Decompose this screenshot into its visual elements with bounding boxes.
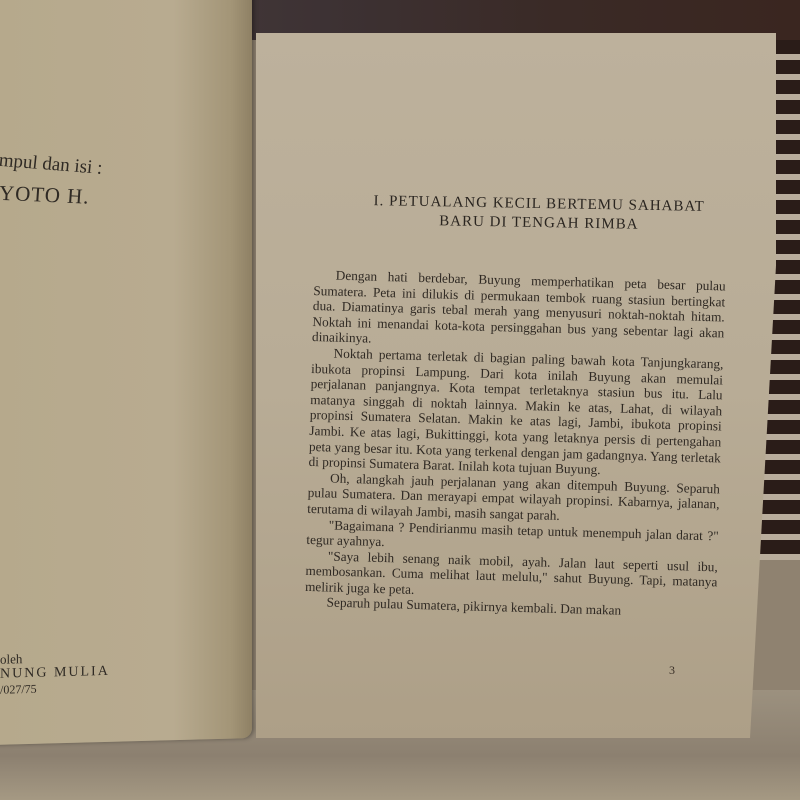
paragraph: Noktah pertama terletak di bagian paling… bbox=[308, 345, 723, 481]
body-text: Dengan hati berdebar, Buyung memperhatik… bbox=[304, 267, 725, 621]
publication-code: /027/75 bbox=[0, 682, 37, 698]
page-number: 3 bbox=[669, 663, 675, 678]
credit-line: mpul dan isi : bbox=[0, 150, 103, 180]
publisher-name: NUNG MULIA bbox=[0, 664, 110, 683]
right-page: I. PETUALANG KECIL BERTEMU SAHABAT BARU … bbox=[256, 33, 776, 738]
chapter-title: I. PETUALANG KECIL BERTEMU SAHABAT BARU … bbox=[344, 192, 735, 237]
paragraph: Dengan hati berdebar, Buyung memperhatik… bbox=[312, 267, 726, 356]
left-page: mpul dan isi : YOTO H. oleh NUNG MULIA /… bbox=[0, 0, 252, 745]
author-name: YOTO H. bbox=[0, 181, 90, 210]
